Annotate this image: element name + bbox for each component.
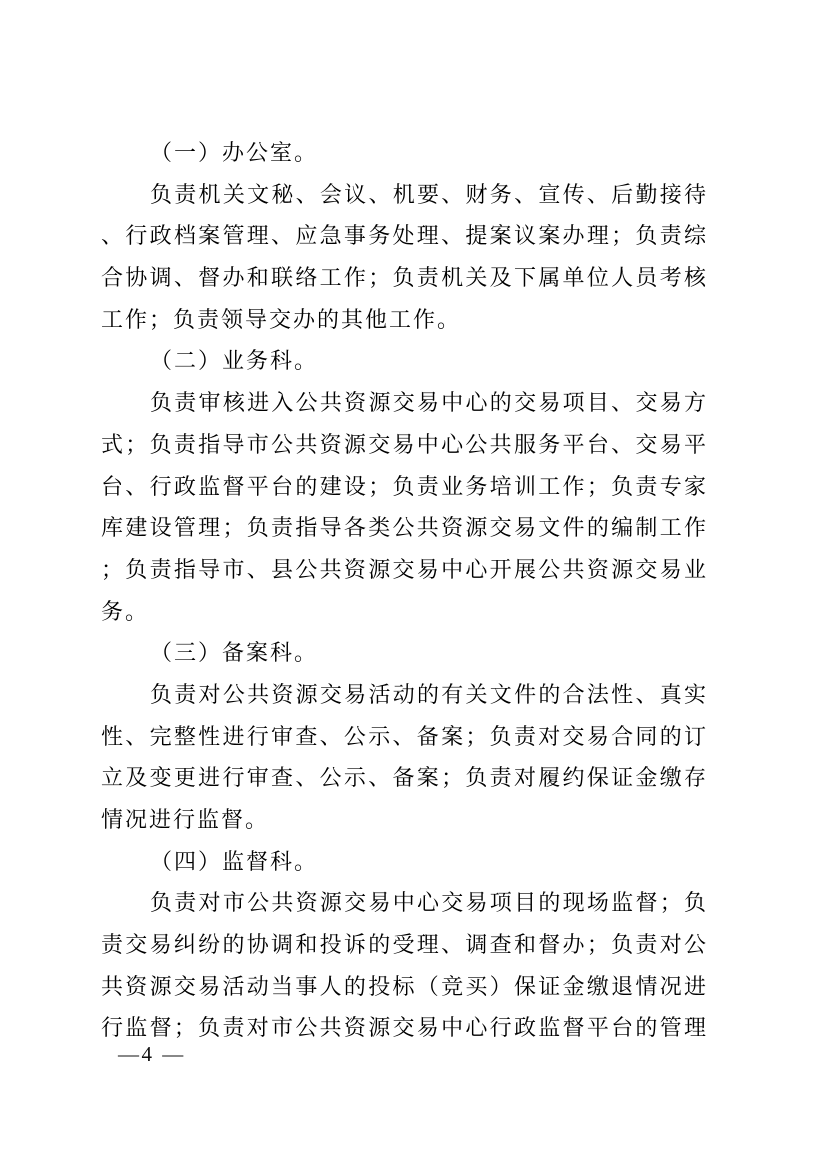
text-line: ；负责指导市、县公共资源交易中心开展公共资源交易业 [101, 549, 708, 591]
text-line: 负责对市公共资源交易中心交易项目的现场监督；负 [101, 882, 708, 924]
document-body: （一）办公室。 负责机关文秘、会议、机要、财务、宣传、后勤接待 、行政档案管理、… [101, 132, 708, 1049]
text-line: 台、行政监督平台的建设；负责业务培训工作；负责专家 [101, 466, 708, 508]
text-line: 合协调、督办和联络工作；负责机关及下属单位人员考核 [101, 257, 708, 299]
text-line: 务。 [101, 591, 708, 633]
text-line: 负责机关文秘、会议、机要、财务、宣传、后勤接待 [101, 174, 708, 216]
text-line: 、行政档案管理、应急事务处理、提案议案办理；负责综 [101, 215, 708, 257]
text-line: 情况进行监督。 [101, 799, 708, 841]
text-line: 性、完整性进行审查、公示、备案；负责对交易合同的订 [101, 716, 708, 758]
document-page: （一）办公室。 负责机关文秘、会议、机要、财务、宣传、后勤接待 、行政档案管理、… [0, 0, 827, 1169]
section-2-heading: （二）业务科。 [101, 340, 708, 382]
text-line: 负责对公共资源交易活动的有关文件的合法性、真实 [101, 674, 708, 716]
text-line: 行监督；负责对市公共资源交易中心行政监督平台的管理 [101, 1007, 708, 1049]
text-line: 共资源交易活动当事人的投标（竞买）保证金缴退情况进 [101, 966, 708, 1008]
text-line: 工作；负责领导交办的其他工作。 [101, 299, 708, 341]
section-1-heading: （一）办公室。 [101, 132, 708, 174]
text-line: 责交易纠纷的协调和投诉的受理、调查和督办；负责对公 [101, 924, 708, 966]
text-line: 立及变更进行审查、公示、备案；负责对履约保证金缴存 [101, 757, 708, 799]
text-line: 式；负责指导市公共资源交易中心公共服务平台、交易平 [101, 424, 708, 466]
section-3-heading: （三）备案科。 [101, 632, 708, 674]
text-line: 负责审核进入公共资源交易中心的交易项目、交易方 [101, 382, 708, 424]
section-4-heading: （四）监督科。 [101, 841, 708, 883]
page-number: —4 — [118, 1041, 186, 1067]
text-line: 库建设管理；负责指导各类公共资源交易文件的编制工作 [101, 507, 708, 549]
